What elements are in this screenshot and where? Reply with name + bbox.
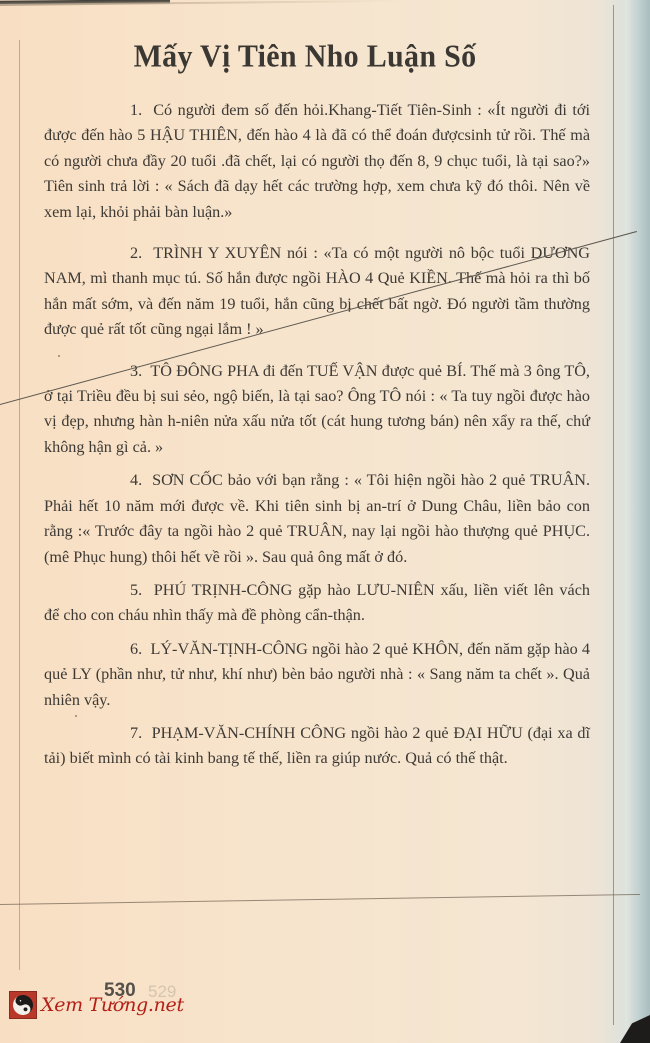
print-speck: [103, 271, 105, 273]
print-speck: [75, 715, 77, 717]
page-gutter-shadow: [625, 0, 650, 1043]
paragraph-number: 4.: [130, 471, 142, 489]
paragraph-number: 2.: [130, 244, 142, 262]
paragraph-text: PHẠM-VĂN-CHÍNH CÔNG ngồi hào 2 quẻ ĐẠI H…: [44, 724, 590, 767]
paragraph-6: 6. LÝ-VĂN-TỊNH-CÔNG ngồi hào 2 quẻ KHÔN,…: [44, 637, 590, 713]
paragraph-text: TÔ ĐÔNG PHA đi đến TUẾ VẬN được quẻ BÍ. …: [44, 362, 590, 456]
site-watermark: Xem Tướng.net: [9, 991, 184, 1019]
paragraph-3: 3. TÔ ĐÔNG PHA đi đến TUẾ VẬN được quẻ B…: [44, 359, 590, 461]
paragraph-4: 4. SƠN CỐC bảo với bạn rằng : « Tôi hiện…: [44, 468, 590, 570]
paragraph-7: 7. PHẠM-VĂN-CHÍNH CÔNG ngồi hào 2 quẻ ĐẠ…: [44, 721, 590, 772]
paragraph-text: PHÚ TRỊNH-CÔNG gặp hào LƯU-NIÊN xấu, liề…: [44, 581, 590, 624]
paragraph-number: 3.: [130, 362, 142, 380]
paragraph-2: 2. TRÌNH Y XUYÊN nói : «Ta có một người …: [44, 241, 590, 343]
paragraph-number: 6.: [130, 640, 142, 658]
right-margin-line: [613, 5, 614, 1025]
page-crease-line: [0, 894, 640, 905]
paragraph-text: SƠN CỐC bảo với bạn rằng : « Tôi hiện ng…: [44, 471, 590, 565]
paragraph-number: 1.: [130, 101, 142, 119]
paragraph-5: 5. PHÚ TRỊNH-CÔNG gặp hào LƯU-NIÊN xấu, …: [44, 578, 590, 629]
left-margin-line: [19, 40, 20, 970]
paragraph-text: Có người đem số đến hỏi.Khang-Tiết Tiên-…: [44, 101, 590, 221]
paragraph-text: TRÌNH Y XUYÊN nói : «Ta có một người nô …: [44, 244, 590, 338]
scanned-book-page: Mấy Vị Tiên Nho Luận Số 1. Có người đem …: [0, 0, 650, 1043]
paragraph-number: 7.: [130, 724, 142, 742]
paragraph-text: LÝ-VĂN-TỊNH-CÔNG ngồi hào 2 quẻ KHÔN, đế…: [44, 640, 590, 709]
watermark-text: Xem Tướng.net: [41, 994, 184, 1016]
paragraph-number: 5.: [130, 581, 142, 599]
page-title: Mấy Vị Tiên Nho Luận Số: [0, 39, 650, 75]
yin-yang-icon: [9, 991, 37, 1019]
article-body: 1. Có người đem số đến hỏi.Khang-Tiết Ti…: [44, 98, 590, 772]
paragraph-1: 1. Có người đem số đến hỏi.Khang-Tiết Ti…: [44, 98, 590, 225]
print-speck: [58, 355, 60, 357]
